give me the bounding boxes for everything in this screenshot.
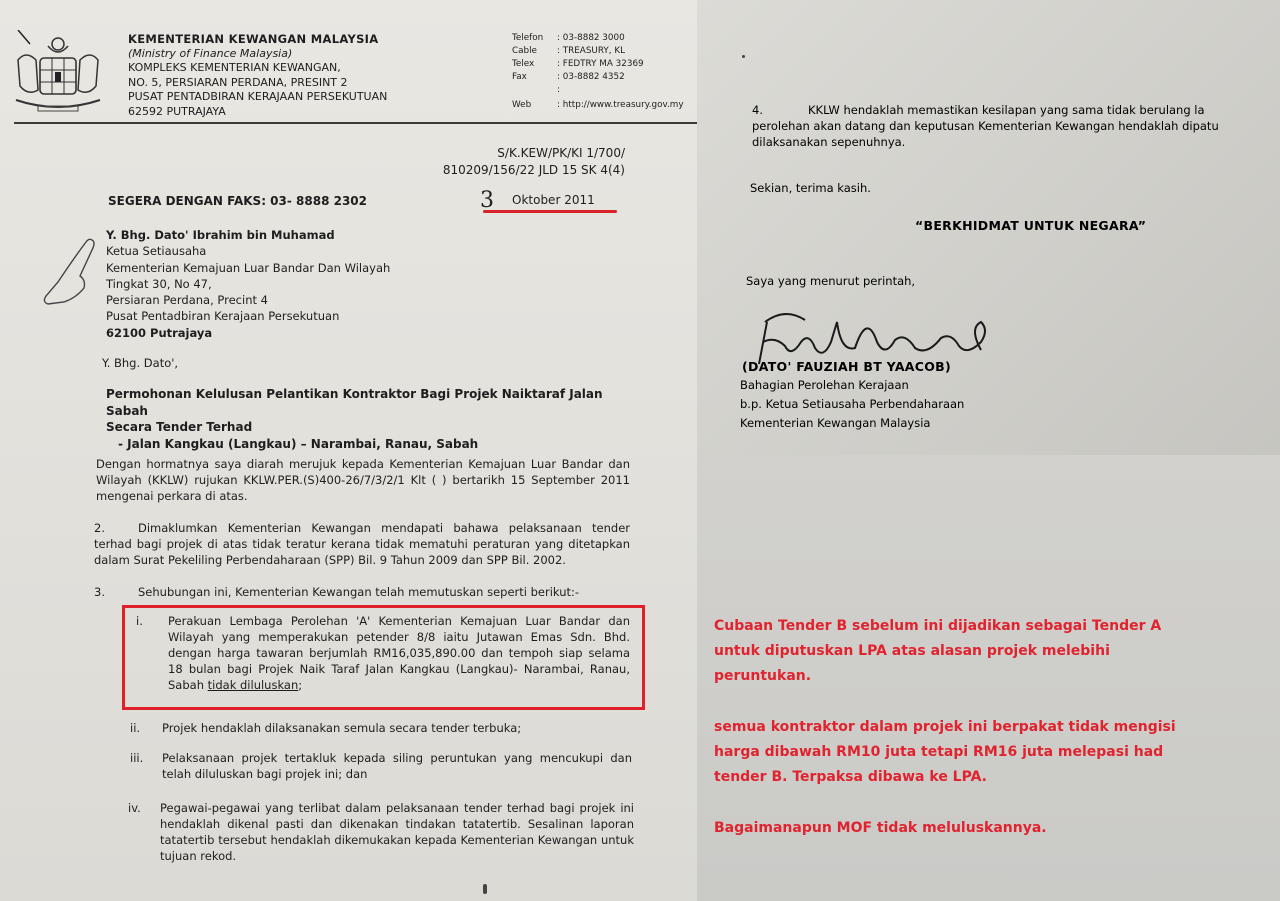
paragraph-number: 4. (752, 102, 808, 118)
annotation-line: tender B. Terpaksa dibawa ke LPA. (714, 765, 1176, 790)
paragraph-4: 4.KKLW hendaklah memastikan kesilapan ya… (752, 102, 1280, 150)
annotation-line: untuk diputuskan LPA atas alasan projek … (714, 639, 1161, 664)
contact-value: : http://www.treasury.gov.my (557, 99, 684, 112)
address-line: PUSAT PENTADBIRAN KERAJAAN PERSEKUTUAN (128, 90, 387, 105)
contact-value: : (557, 84, 560, 97)
salutation: Y. Bhg. Dato', (102, 356, 178, 370)
annotation-line: Cubaan Tender B sebelum ini dijadikan se… (714, 614, 1161, 639)
date-month-year: Oktober 2011 (512, 193, 595, 207)
recipient-line: Kementerian Kemajuan Luar Bandar Dan Wil… (106, 260, 390, 276)
decision-item-i: i. Perakuan Lembaga Perolehan 'A' Kement… (168, 613, 630, 693)
address-line: KOMPLEKS KEMENTERIAN KEWANGAN, (128, 61, 387, 76)
date-red-underline (483, 210, 617, 213)
reference-number: S/K.KEW/PK/KI 1/700/ 810209/156/22 JLD 1… (443, 145, 625, 179)
subject-line: Secara Tender Terhad (106, 419, 636, 436)
address-line: NO. 5, PERSIARAN PERDANA, PRESINT 2 (128, 76, 387, 91)
contact-value: : FEDTRY MA 32369 (557, 58, 644, 71)
contact-label: Telefon (512, 32, 557, 45)
annotation-line: harga dibawah RM10 juta tetapi RM16 juta… (714, 740, 1176, 765)
contact-value: : 03-8882 4352 (557, 71, 625, 84)
reference-line: S/K.KEW/PK/KI 1/700/ (443, 145, 625, 162)
urgent-fax-line: SEGERA DENGAN FAKS: 03- 8888 2302 (108, 194, 367, 208)
signatory-line: Kementerian Kewangan Malaysia (740, 414, 964, 433)
item-underlined-text: tidak diluluskan (208, 678, 299, 692)
contact-value: : TREASURY, KL (557, 45, 625, 58)
letterhead: KEMENTERIAN KEWANGAN MALAYSIA (Ministry … (128, 32, 387, 119)
recipient-line: Persiaran Perdana, Precint 4 (106, 292, 390, 308)
reference-line: 810209/156/22 JLD 15 SK 4(4) (443, 162, 625, 179)
paragraph-3: 3.Sehubungan ini, Kementerian Kewangan t… (94, 584, 630, 600)
recipient-line: Pusat Pentadbiran Kerajaan Persekutuan (106, 308, 390, 324)
decision-item-iii: iii. Pelaksanaan projek tertakluk kepada… (162, 750, 632, 782)
contact-label: Fax (512, 71, 557, 84)
contact-value: : 03-8882 3000 (557, 32, 625, 45)
item-numeral: iii. (130, 750, 143, 766)
paper-speck (483, 884, 487, 894)
paragraph-line: dilaksanakan sepenuhnya. (752, 134, 1280, 150)
address-line: 62592 PUTRAJAYA (128, 105, 387, 120)
letterhead-divider (14, 122, 697, 124)
sign-off: Saya yang menurut perintah, (746, 274, 915, 288)
item-numeral: iv. (128, 800, 141, 816)
coat-of-arms-icon (8, 30, 108, 120)
letter-page-1: KEMENTERIAN KEWANGAN MALAYSIA (Ministry … (0, 0, 697, 901)
motto: “BERKHIDMAT UNTUK NEGARA” (915, 218, 1146, 233)
contact-label (512, 84, 557, 97)
letter-subject: Permohonan Kelulusan Pelantikan Kontrakt… (106, 386, 636, 452)
signatory-line: b.p. Ketua Setiausaha Perbendaharaan (740, 395, 964, 414)
paper-speck (742, 55, 745, 58)
paragraph-1: Dengan hormatnya saya diarah merujuk kep… (96, 456, 630, 504)
closing-line: Sekian, terima kasih. (750, 181, 871, 195)
paragraph-number: 3. (94, 584, 138, 600)
paragraph-2: 2.Dimaklumkan Kementerian Kewangan menda… (94, 520, 630, 568)
subject-line: Permohonan Kelulusan Pelantikan Kontrakt… (106, 386, 636, 419)
item-tail: ; (298, 678, 302, 692)
annotation-note-3: Bagaimanapun MOF tidak meluluskannya. (714, 816, 1047, 841)
annotation-note-2: semua kontraktor dalam projek ini berpak… (714, 715, 1176, 790)
paragraph-text: Sehubungan ini, Kementerian Kewangan tel… (138, 585, 579, 599)
signatory-details: Bahagian Perolehan Kerajaan b.p. Ketua S… (740, 376, 964, 433)
paragraph-number: 2. (94, 520, 138, 536)
ministry-name-en: (Ministry of Finance Malaysia) (128, 47, 387, 62)
subject-line: - Jalan Kangkau (Langkau) – Narambai, Ra… (106, 436, 636, 453)
contact-label: Telex (512, 58, 557, 71)
recipient-postcode: 62100 Putrajaya (106, 325, 390, 341)
item-text: Projek hendaklah dilaksanakan semula sec… (162, 721, 521, 735)
recipient-name: Y. Bhg. Dato' Ibrahim bin Muhamad (106, 227, 390, 243)
paragraph-line: KKLW hendaklah memastikan kesilapan yang… (808, 103, 1205, 117)
item-text: Pegawai-pegawai yang terlibat dalam pela… (160, 801, 634, 863)
annotation-note-1: Cubaan Tender B sebelum ini dijadikan se… (714, 614, 1161, 689)
contact-label: Cable (512, 45, 557, 58)
item-numeral: ii. (130, 720, 140, 736)
decision-item-iv: iv. Pegawai-pegawai yang terlibat dalam … (160, 800, 634, 864)
contact-block: Telefon: 03-8882 3000 Cable: TREASURY, K… (512, 32, 684, 112)
paragraph-line: perolehan akan datang dan keputusan Keme… (752, 118, 1280, 134)
signatory-name: (DATO' FAUZIAH BT YAACOB) (742, 359, 951, 374)
annotation-line: peruntukan. (714, 664, 1161, 689)
pointing-hand-icon (40, 236, 100, 311)
recipient-line: Ketua Setiausaha (106, 243, 390, 259)
signatory-line: Bahagian Perolehan Kerajaan (740, 376, 964, 395)
item-numeral: i. (136, 613, 143, 629)
contact-label: Web (512, 99, 557, 112)
item-text: Pelaksanaan projek tertakluk kepada sili… (162, 751, 632, 781)
annotation-line: semua kontraktor dalam projek ini berpak… (714, 715, 1176, 740)
ministry-name: KEMENTERIAN KEWANGAN MALAYSIA (128, 32, 387, 47)
paragraph-text: Dimaklumkan Kementerian Kewangan mendapa… (94, 521, 630, 567)
decision-item-ii: ii. Projek hendaklah dilaksanakan semula… (162, 720, 632, 736)
recipient-line: Tingkat 30, No 47, (106, 276, 390, 292)
recipient-address: Y. Bhg. Dato' Ibrahim bin Muhamad Ketua … (106, 227, 390, 341)
